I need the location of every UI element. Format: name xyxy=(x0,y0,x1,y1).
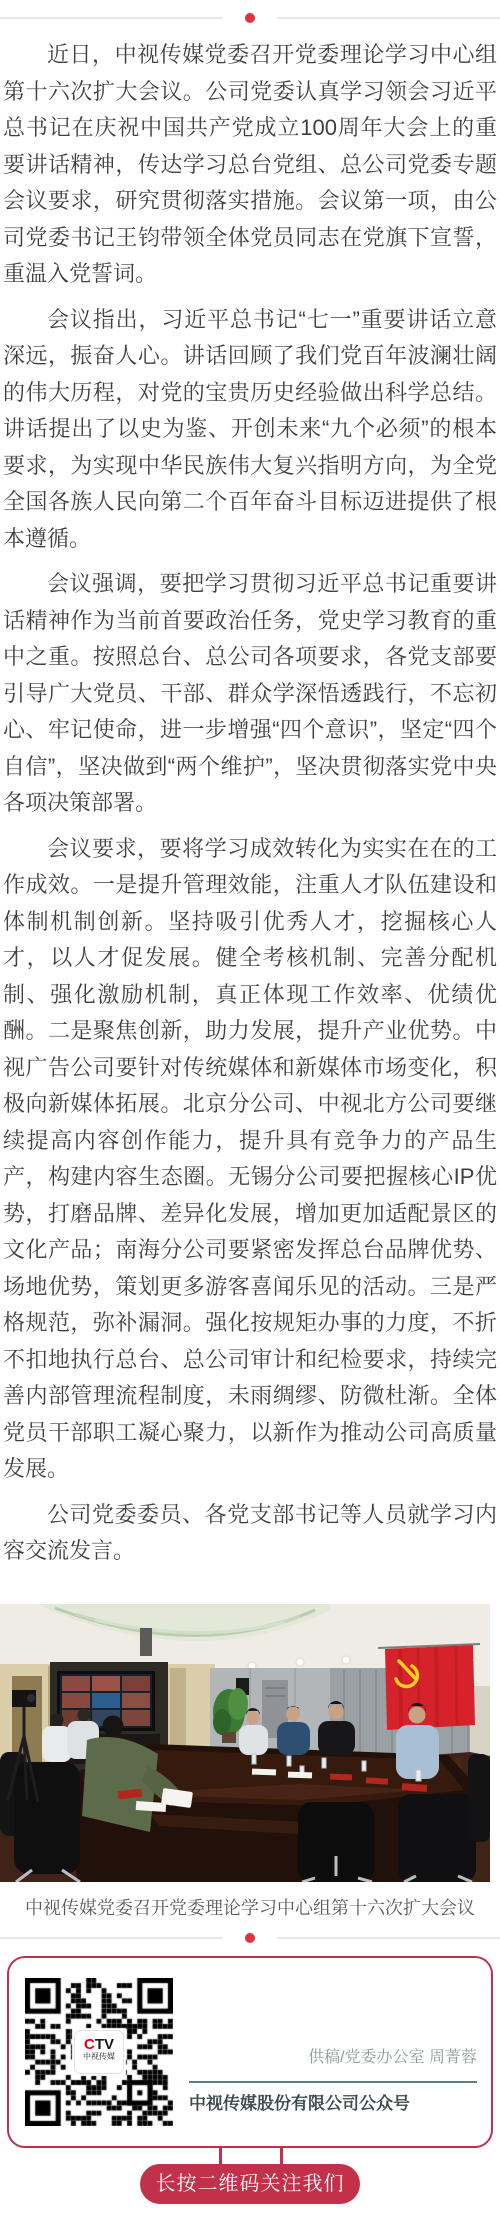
article-body: 近日，中视传媒党委召开党委理论学习中心组第十六次扩大会议。公司党委认真学习领会习… xyxy=(0,23,500,1570)
divider-dot xyxy=(245,13,255,23)
photo-caption: 中视传媒党委召开党委理论学习中心组第十六次扩大会议 xyxy=(10,1896,490,1920)
article-page: 近日，中视传媒党委召开党委理论学习中心组第十六次扩大会议。公司党委认真学习领会习… xyxy=(0,0,500,2228)
qr-code[interactable]: CTV 中视传媒 xyxy=(25,1978,173,2126)
paragraph-5: 公司党委委员、各党支部书记等人员就学习内容交流发言。 xyxy=(3,1497,497,1570)
paragraph-1: 近日，中视传媒党委召开党委理论学习中心组第十六次扩大会议。公司党委认真学习领会习… xyxy=(3,37,497,293)
divider-line xyxy=(277,17,500,19)
ctv-logo: CTV 中视传媒 xyxy=(74,2030,124,2074)
paragraph-2: 会议指出，习近平总书记“七一”重要讲话立意深远，振奋人心。讲话回顾了我们党百年波… xyxy=(3,302,497,558)
bottom-divider xyxy=(0,1933,500,1943)
attendee-olive-head xyxy=(103,1715,124,1736)
account-name: 中视传媒股份有限公司公众号 xyxy=(189,2093,477,2115)
qr-card: CTV 中视传媒 供稿/党委办公室 周菁蓉 中视传媒股份有限公司公众号 xyxy=(7,1956,493,2148)
projector-mount xyxy=(140,1628,152,1656)
divider-dot xyxy=(245,1933,255,1943)
ctv-logo-subtext: 中视传媒 xyxy=(75,2052,123,2062)
ctv-logo-tv: TV xyxy=(95,2036,114,2053)
divider-line xyxy=(277,1937,500,1939)
bottom-spacer xyxy=(0,2204,500,2228)
paragraph-3: 会议强调，要把学习贯彻习近平总书记重要讲话精神作为当前首要政治任务，党史学习教育… xyxy=(3,566,497,822)
qr-card-text: 供稿/党委办公室 周菁蓉 中视传媒股份有限公司公众号 xyxy=(173,1989,491,2115)
separator-line xyxy=(189,2081,477,2083)
button-connectors xyxy=(0,2148,500,2164)
divider-line xyxy=(0,17,223,19)
party-flag xyxy=(378,1644,480,1730)
ctv-logo-c: C xyxy=(84,2036,95,2053)
divider-line xyxy=(0,1937,223,1939)
connector-line xyxy=(280,2148,283,2164)
connector-line xyxy=(219,2148,222,2164)
top-divider xyxy=(0,13,500,23)
paragraph-4: 会议要求，要将学习成效转化为实实在在的工作成效。一是提升管理效能，注重人才队伍建… xyxy=(3,831,497,1488)
meeting-photo[interactable] xyxy=(0,1604,490,1882)
credit-line: 供稿/党委办公室 周菁蓉 xyxy=(189,2047,477,2069)
follow-button[interactable]: 长按二维码关注我们 xyxy=(140,2164,360,2204)
